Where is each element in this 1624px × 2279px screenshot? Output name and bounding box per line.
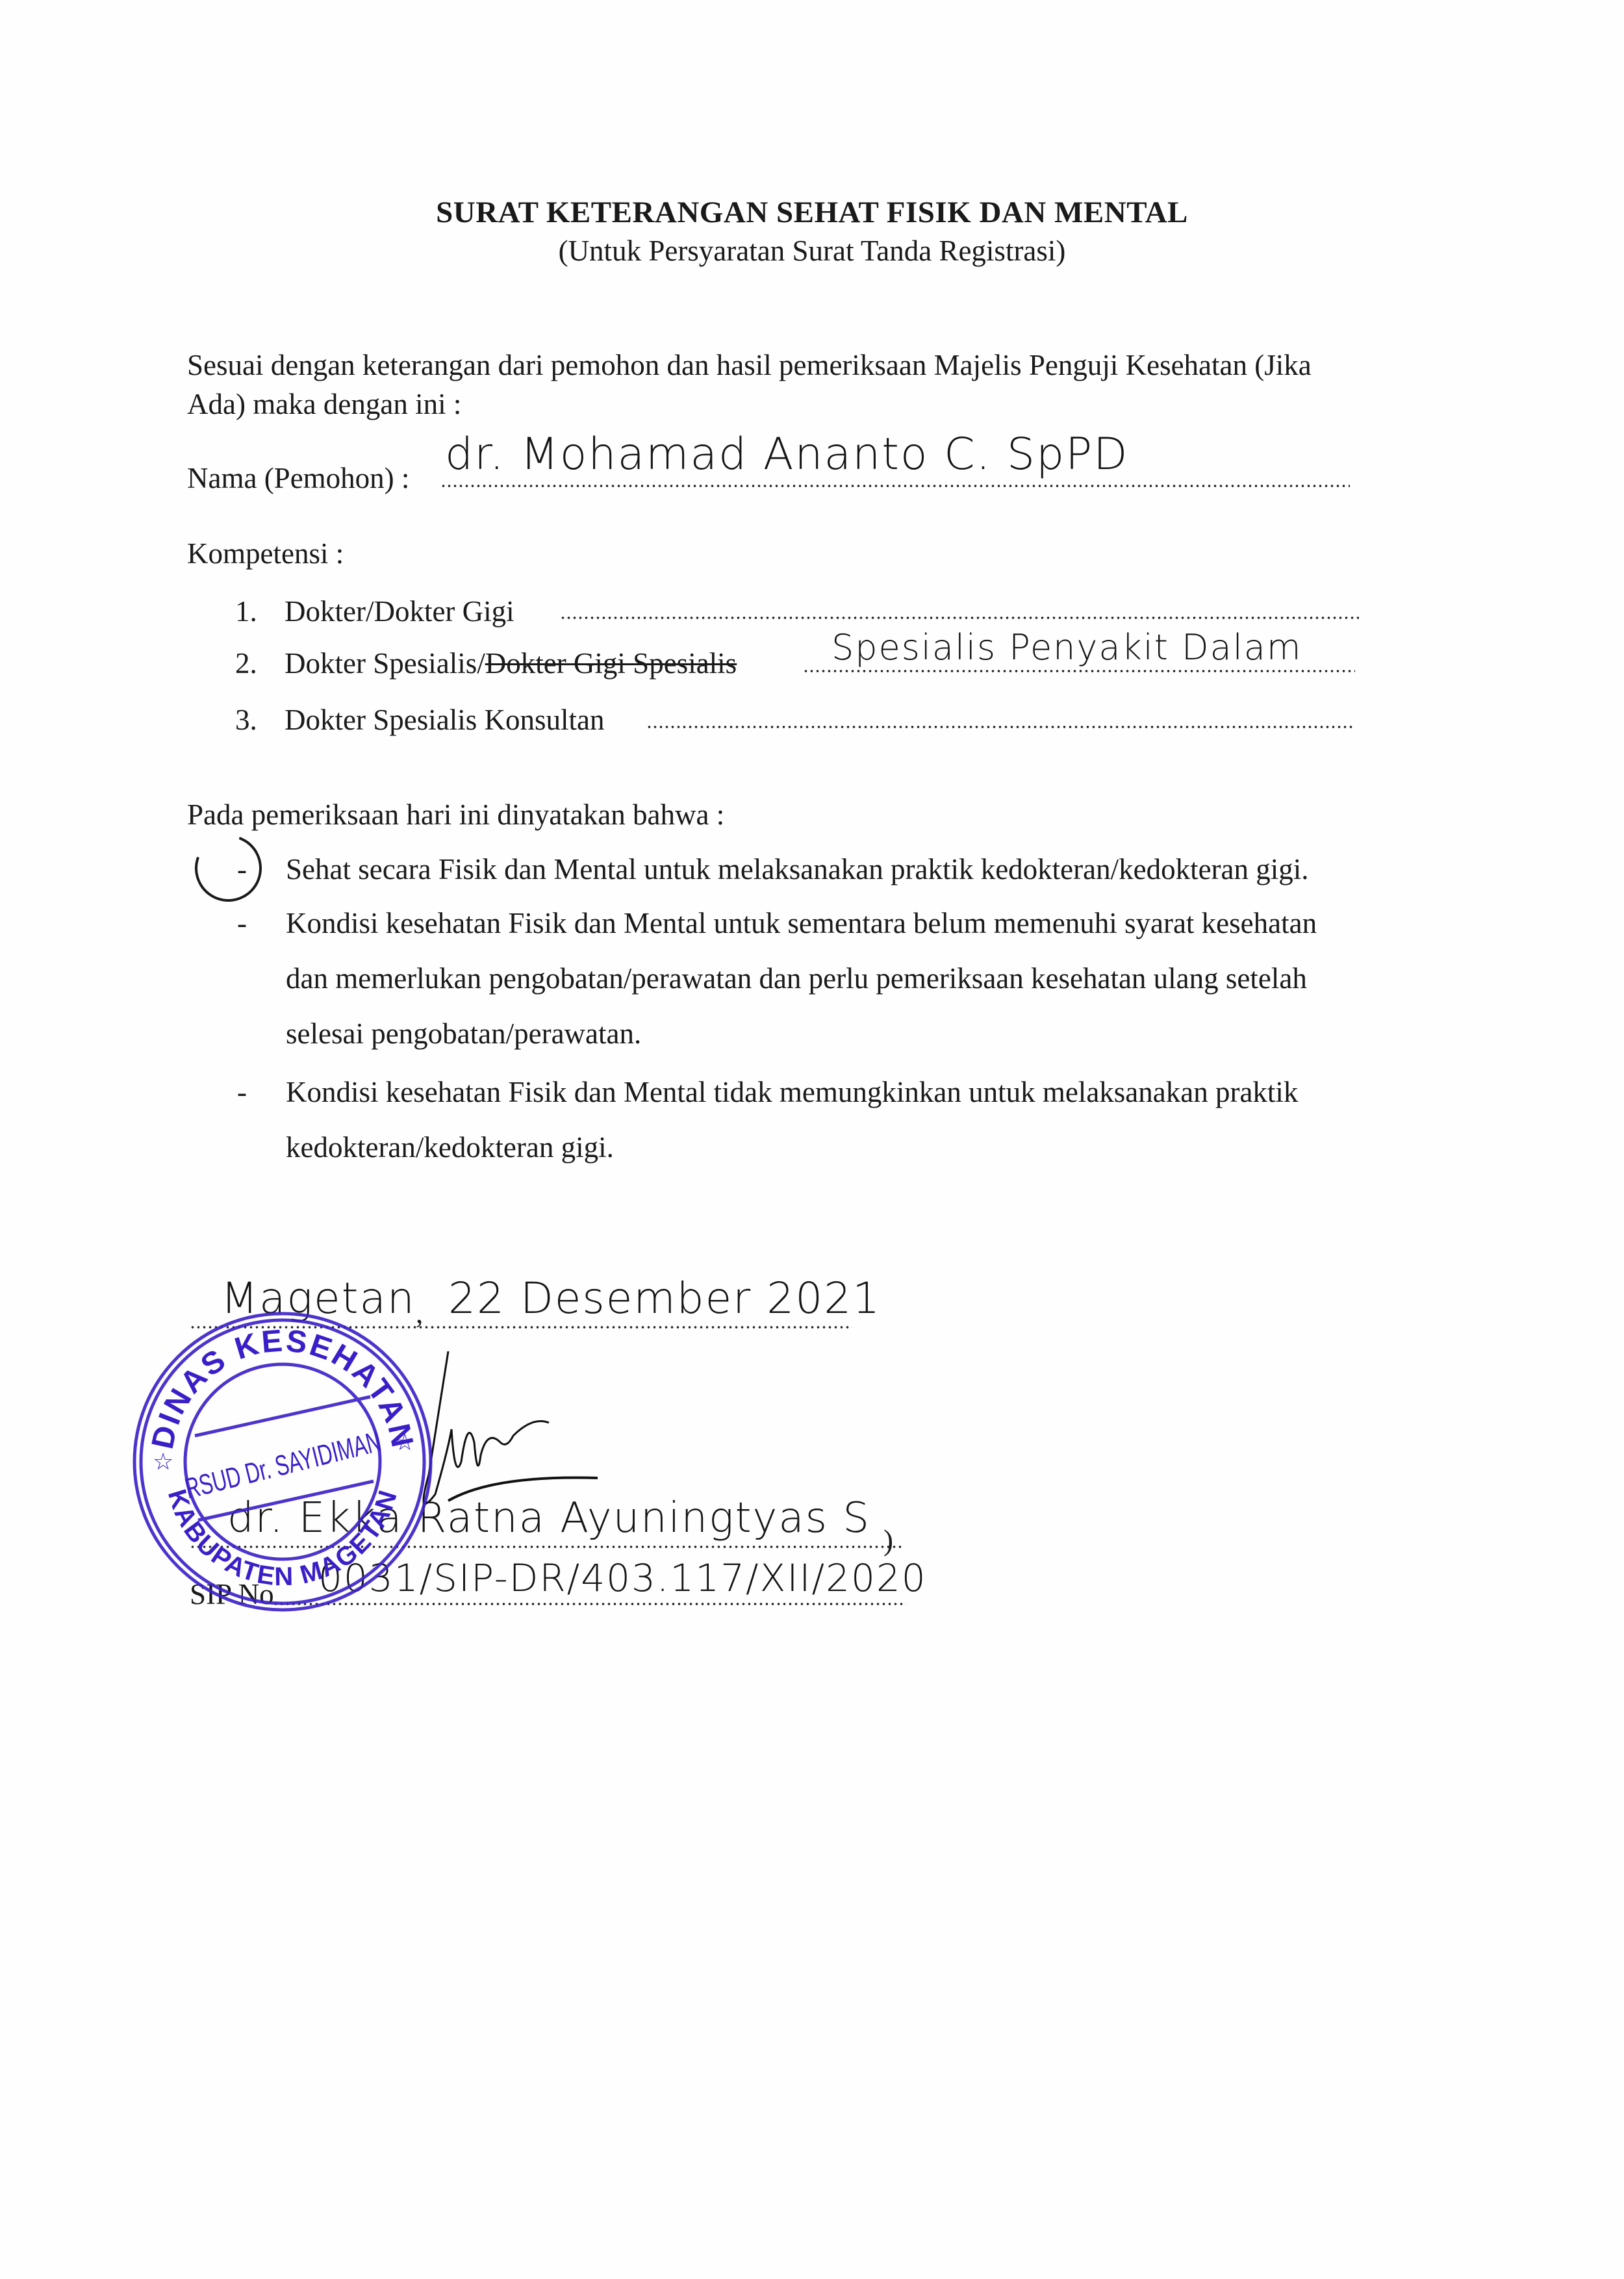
applicant-dotted-line: [440, 484, 1350, 488]
date-field[interactable]: 22 Desember 2021: [448, 1273, 881, 1323]
option-bullet: -: [237, 852, 247, 886]
star-icon: ☆: [394, 1429, 415, 1455]
option-text: Kondisi kesehatan Fisik dan Mental tidak…: [286, 1075, 1298, 1109]
document-page: SURAT KETERANGAN SEHAT FISIK DAN MENTAL …: [0, 0, 1624, 2279]
stamp-center-text: RSUD Dr. SAYIDIMAN: [182, 1426, 384, 1505]
option-text: kedokteran/kedokteran gigi.: [286, 1130, 614, 1164]
competence-dotted-line: [803, 669, 1355, 673]
official-stamp: DINAS KESEHATAN KABUPATEN MAGETAN RSUD D…: [127, 1306, 438, 1618]
option-text: dan memerlukan pengobatan/perawatan dan …: [286, 961, 1307, 995]
selected-option-circle-mark: [184, 824, 273, 913]
stamp-top-text: DINAS KESEHATAN: [146, 1323, 420, 1452]
competence-label: Kompetensi :: [187, 537, 344, 570]
struck-out-text: Dokter Gigi Spesialis: [485, 647, 737, 680]
option-text: selesai pengobatan/perawatan.: [286, 1017, 641, 1050]
option-text: Sehat secara Fisik dan Mental untuk mela…: [286, 852, 1309, 886]
competence-number: 3.: [235, 703, 257, 737]
competence-item-label: Dokter/Dokter Gigi: [285, 594, 514, 628]
applicant-label: Nama (Pemohon) :: [187, 461, 409, 495]
document-title: SURAT KETERANGAN SEHAT FISIK DAN MENTAL: [0, 195, 1624, 230]
competence-number: 1.: [235, 594, 257, 628]
applicant-name-field[interactable]: dr. Mohamad Ananto C. SpPD: [445, 429, 1129, 480]
competence-item-label: Dokter Spesialis/Dokter Gigi Spesialis: [285, 646, 737, 680]
examination-label: Pada pemeriksaan hari ini dinyatakan bah…: [187, 798, 724, 832]
option-text: Kondisi kesehatan Fisik dan Mental untuk…: [286, 906, 1317, 940]
competence-dotted-line: [560, 616, 1359, 620]
document-subtitle: (Untuk Persyaratan Surat Tanda Registras…: [0, 234, 1624, 268]
intro-line-1: Sesuai dengan keterangan dari pemohon da…: [187, 348, 1312, 382]
option-bullet: -: [237, 906, 247, 940]
intro-line-2: Ada) maka dengan ini :: [187, 387, 461, 421]
option-bullet: -: [237, 1075, 247, 1109]
competence-item-label-text: Dokter Spesialis/: [285, 647, 485, 680]
close-paren: ): [883, 1523, 893, 1557]
star-icon: ☆: [153, 1449, 173, 1475]
competence-number: 2.: [235, 646, 257, 680]
competence-specialty-field[interactable]: Spesialis Penyakit Dalam: [831, 627, 1302, 668]
competence-dotted-line: [646, 725, 1354, 729]
competence-item-label: Dokter Spesialis Konsultan: [285, 703, 604, 737]
